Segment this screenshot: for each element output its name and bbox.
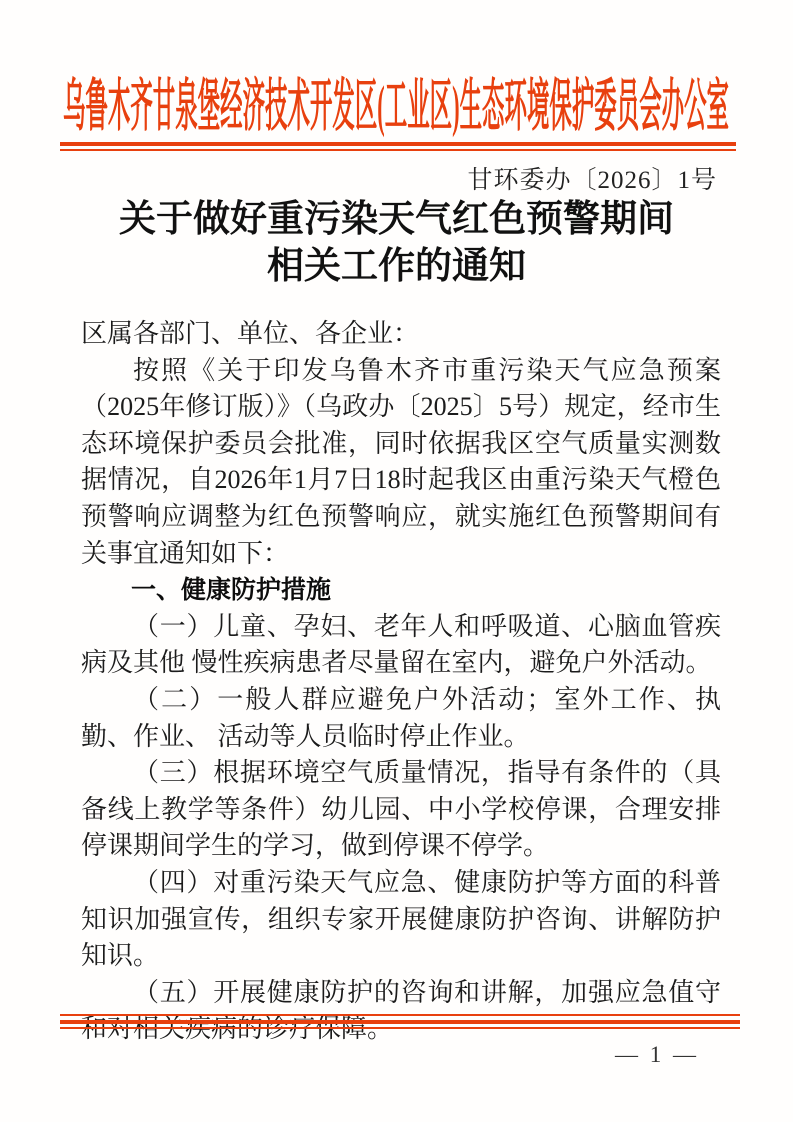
page-number: — 1 — xyxy=(615,1042,699,1068)
document-number: 甘环委办〔2026〕1号 xyxy=(467,160,717,196)
salutation: 区属各部门、单位、各企业： xyxy=(81,316,721,353)
document-title: 关于做好重污染天气红色预警期间 相关工作的通知 xyxy=(0,196,793,290)
header-rule-thin xyxy=(60,149,736,151)
section1-item-1: （一）儿童、孕妇、老年人和呼吸道、心脑血管疾病及其他 慢性疾病患者尽量留在室内，… xyxy=(81,609,721,682)
section1-item-4: （四）对重污染天气应急、健康防护等方面的科普知识加强宣传，组织专家开展健康防护咨… xyxy=(81,865,721,975)
document-title-line1: 关于做好重污染天气红色预警期间 xyxy=(0,196,793,243)
intro-paragraph: 按照《关于印发乌鲁木齐市重污染天气应急预案（2025年修订版）》（乌政办〔202… xyxy=(81,353,721,573)
header-rule-thick xyxy=(60,142,736,146)
section1-item-5: （五）开展健康防护的咨询和讲解，加强应急值守和对相关疾病的诊疗保障。 xyxy=(81,975,721,1048)
section1-heading: 一、健康防护措施 xyxy=(81,572,721,609)
document-title-line2: 相关工作的通知 xyxy=(0,243,793,290)
section1-item-3: （三）根据环境空气质量情况，指导有条件的（具备线上教学等条件）幼儿园、中小学校停… xyxy=(81,755,721,865)
footer-rule-thick xyxy=(60,1020,740,1024)
org-name-text: 乌鲁木齐甘泉堡经济技术开发区(工业区)生态环境保护委员会办公室 xyxy=(63,75,729,138)
section1-item-2: （二）一般人群应避免户外活动；室外工作、执勤、作业、 活动等人员临时停止作业。 xyxy=(81,682,721,755)
footer-rule-thin-upper xyxy=(60,1014,740,1016)
document-page: 乌鲁木齐甘泉堡经济技术开发区(工业区)生态环境保护委员会办公室 甘环委办〔202… xyxy=(0,0,793,1122)
red-letterhead: 乌鲁木齐甘泉堡经济技术开发区(工业区)生态环境保护委员会办公室 xyxy=(60,64,732,140)
document-body: 区属各部门、单位、各企业： 按照《关于印发乌鲁木齐市重污染天气应急预案（2025… xyxy=(81,316,721,1048)
footer-rule-thin-lower xyxy=(60,1027,740,1029)
